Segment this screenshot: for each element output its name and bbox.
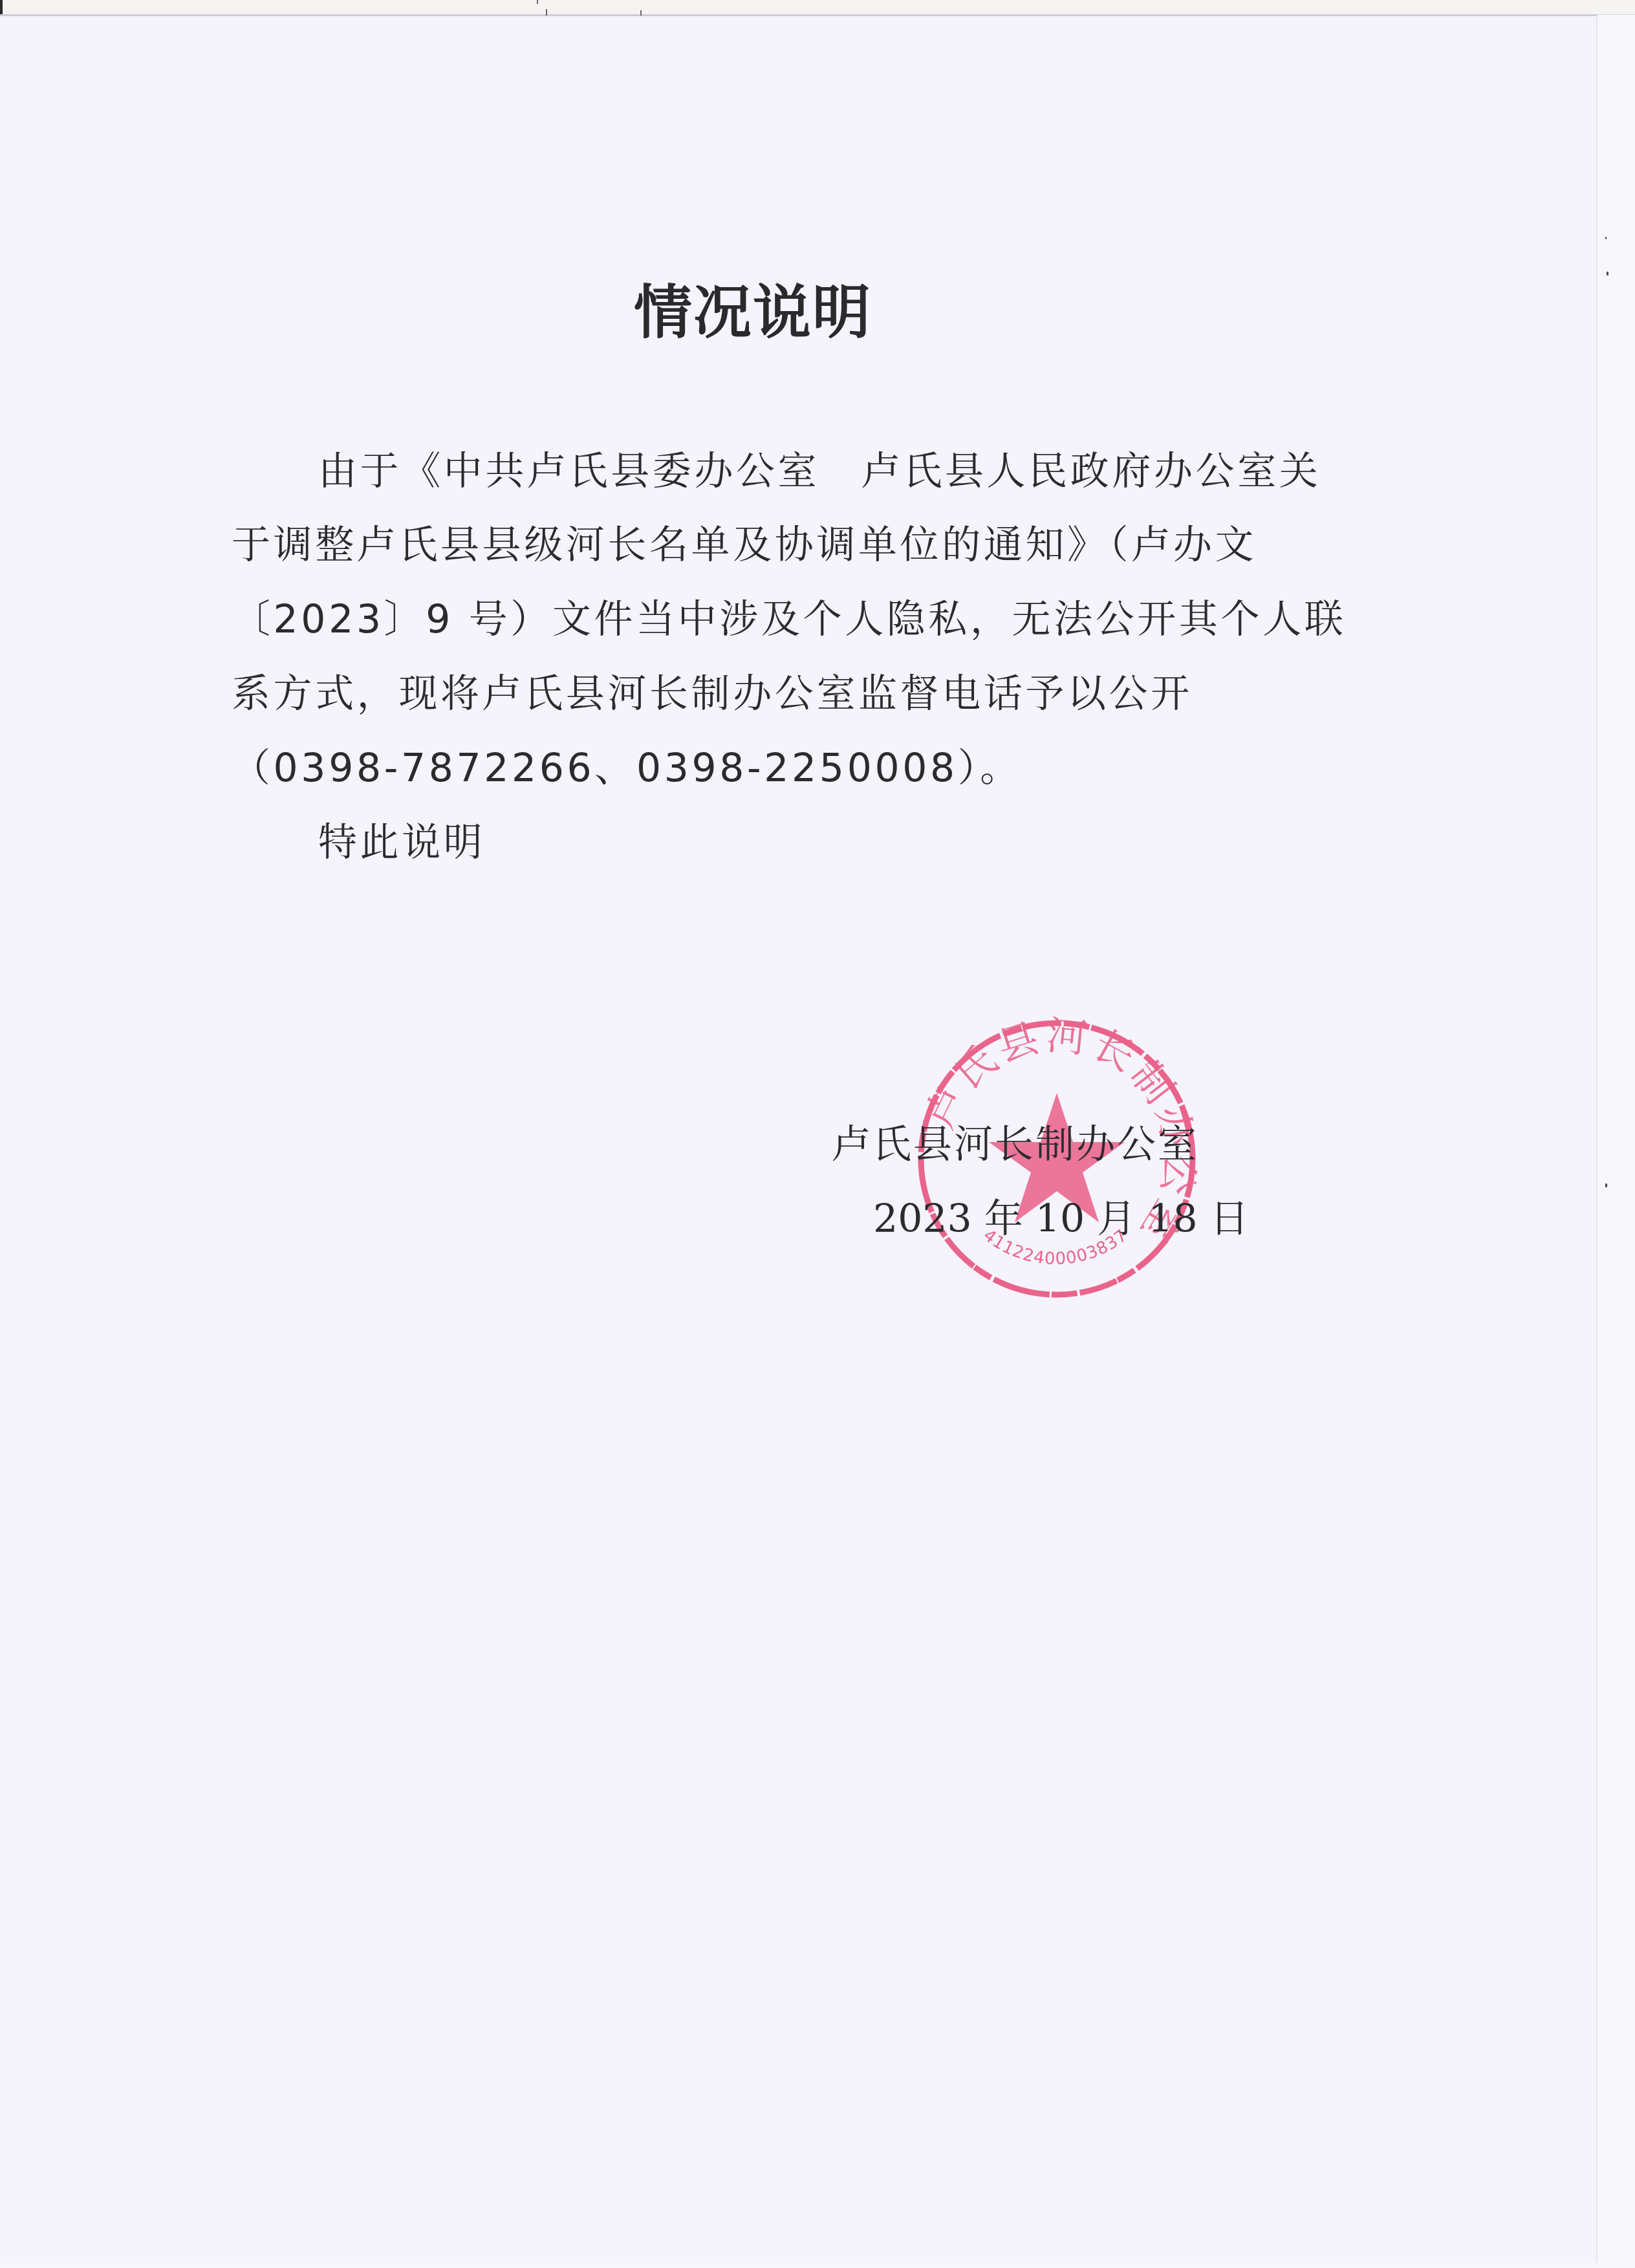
body-line-2: 于调整卢氏县县级河长名单及协调单位的通知》（卢办文 <box>232 523 1257 568</box>
scan-artifact <box>640 10 642 16</box>
scan-artifact <box>546 9 547 16</box>
scan-artifact <box>1605 1183 1607 1187</box>
body-line-4: 系方式，现将卢氏县河长制办公室监督电话予以公开 <box>232 671 1193 717</box>
scan-artifact <box>1607 272 1608 275</box>
closing-line: 特此说明 <box>318 820 485 865</box>
scan-top-border <box>0 0 1635 15</box>
scanned-page: 情况说明 由于《中共卢氏县委办公室 卢氏县人民政府办公室关 于调整卢氏县县级河长… <box>0 0 1635 2268</box>
document-title: 情况说明 <box>0 277 1635 348</box>
body-line-3: 〔2023〕9 号）文件当中涉及个人隐私，无法公开其个人联 <box>232 597 1346 642</box>
signing-organization: 卢氏县河长制办公室 <box>832 1122 1198 1167</box>
body-line-5-phone-numbers: （0398-7872266、0398-2250008）。 <box>232 746 1022 791</box>
scan-artifact <box>537 0 538 4</box>
scan-artifact <box>1605 237 1607 239</box>
body-line-1: 由于《中共卢氏县委办公室 卢氏县人民政府办公室关 <box>318 449 1321 494</box>
signing-date: 2023 年 10 月 18 日 <box>873 1196 1249 1242</box>
paper-sheet <box>0 14 1597 2263</box>
